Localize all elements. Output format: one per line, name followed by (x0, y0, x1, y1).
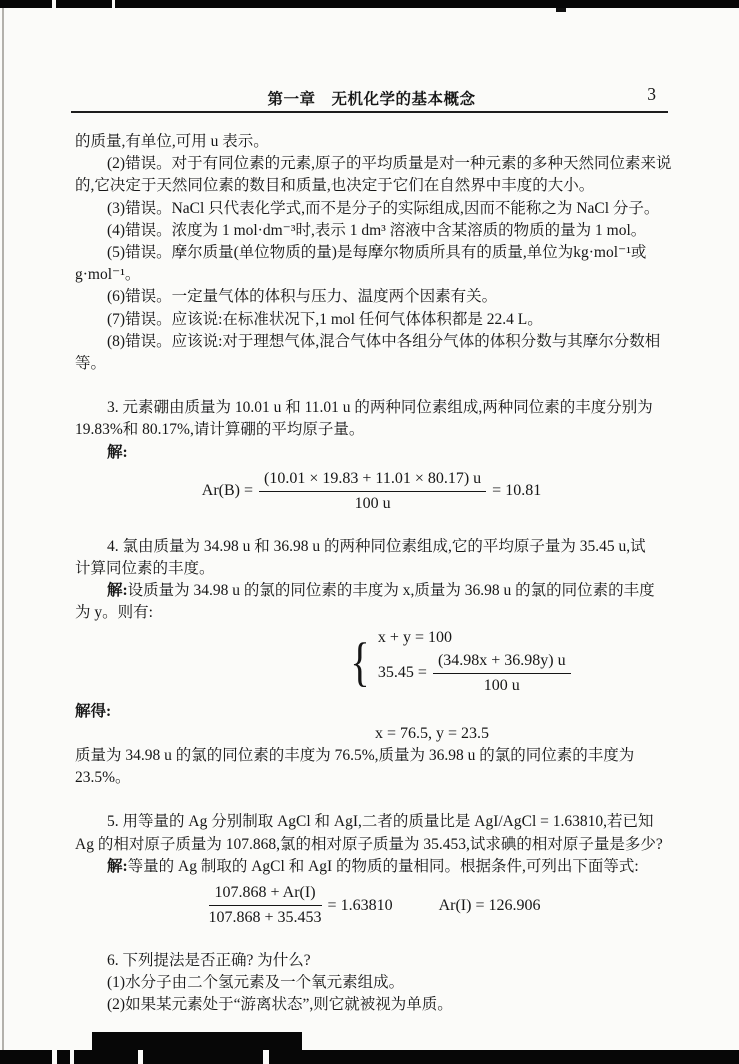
formula-result: = 10.81 (492, 481, 541, 501)
problem5-statement-cont: Ag 的相对原子质量为 107.868,氯的相对原子质量为 35.453,试求碘… (75, 834, 668, 856)
problem5-solve-text: 等量的 Ag 制取的 AgCl 和 AgI 的物质的量相同。根据条件,可列出下面… (128, 858, 639, 875)
scan-bottom-block (92, 1032, 302, 1051)
fraction-numerator: (34.98x + 36.98y) u (433, 651, 571, 674)
page-body: 的质量,有单位,可用 u 表示。 (2)错误。对于有同位素的元素,原子的平均质量… (75, 131, 668, 1017)
problem5-solve-label: 解: (107, 858, 128, 875)
answer-line-8: (8)错误。应该说:对于理想气体,混合气体中各组分气体的体积分数与其摩尔分数相 (75, 331, 668, 353)
problem6-item-1: (1)水分子由二个氢元素及一个氧元素组成。 (75, 972, 668, 994)
fraction: (10.01 × 19.83 + 11.01 × 80.17) u 100 u (259, 469, 486, 514)
chapter-title: 第一章 无机化学的基本概念 (75, 87, 668, 109)
problem5-statement: 5. 用等量的 Ag 分别制取 AgCl 和 AgI,二者的质量比是 AgI/A… (75, 811, 668, 833)
problem4-conclusion-cont: 23.5%。 (75, 767, 668, 789)
fraction: 107.868 + Ar(I) 107.868 + 35.453 (209, 883, 322, 928)
answer-line: g·mol⁻¹。 (75, 264, 668, 286)
formula-result: = 1.63810 (328, 896, 393, 916)
problem6-item-2: (2)如果某元素处于“游离状态”,则它就被视为单质。 (75, 994, 668, 1016)
formula-boron-average-mass: Ar(B) = (10.01 × 19.83 + 11.01 × 80.17) … (75, 469, 668, 514)
problem6-statement: 6. 下列提法是否正确? 为什么? (75, 950, 668, 972)
problem3-statement: 3. 元素硼由质量为 10.01 u 和 11.01 u 的两种同位素组成,两种… (75, 397, 668, 419)
fraction-numerator: (10.01 × 19.83 + 11.01 × 80.17) u (259, 469, 486, 492)
formula-conclusion: Ar(I) = 126.906 (439, 896, 541, 916)
scan-notch (52, 1050, 57, 1064)
scan-speck (556, 8, 566, 12)
fraction: (34.98x + 36.98y) u 100 u (433, 651, 571, 696)
scan-notch (70, 1050, 74, 1064)
answer-line: 的质量,有单位,可用 u 表示。 (75, 131, 668, 153)
scan-notch (112, 0, 115, 8)
problem4-solve-label: 解: (107, 582, 128, 599)
scan-top-edge-bar (0, 0, 739, 8)
system-solution: x = 76.5, y = 23.5 (375, 723, 668, 745)
equation2-lhs: 35.45 = (378, 663, 427, 683)
fraction-numerator: 107.868 + Ar(I) (209, 883, 322, 906)
problem4-statement-cont: 计算同位素的丰度。 (75, 558, 668, 580)
scan-notch (138, 1050, 143, 1064)
header-rule (71, 111, 668, 113)
answer-line-3: (3)错误。NaCl 只代表化学式,而不是分子的实际组成,因而不能称之为 NaC… (75, 198, 668, 220)
system-equation-1: x + y = 100 (378, 628, 577, 648)
scan-notch (52, 0, 56, 8)
problem4-solved-label: 解得: (75, 703, 111, 720)
fraction-denominator: 107.868 + 35.453 (209, 906, 322, 928)
answer-line: 的,它决定于天然同位素的数目和质量,也决定于它们在自然界中丰度的大小。 (75, 175, 668, 197)
left-brace-icon: { (350, 633, 369, 691)
problem4-conclusion: 质量为 34.98 u 的氯的同位素的丰度为 76.5%,质量为 36.98 u… (75, 745, 668, 767)
fraction-denominator: 100 u (259, 492, 486, 514)
problem4-statement: 4. 氯由质量为 34.98 u 和 36.98 u 的两种同位素组成,它的平均… (75, 536, 668, 558)
problem3-statement-cont: 19.83%和 80.17%,请计算硼的平均原子量。 (75, 419, 668, 441)
scan-notch (263, 1050, 269, 1064)
system-equation-2: 35.45 = (34.98x + 36.98y) u 100 u (378, 651, 577, 696)
page-left-edge-line (2, 8, 4, 1050)
page-number: 3 (647, 84, 656, 105)
fraction-denominator: 100 u (433, 674, 571, 696)
problem4-solve-text-cont: 为 y。则有: (75, 602, 668, 624)
answer-line-7: (7)错误。应该说:在标准状况下,1 mol 任何气体体积都是 22.4 L。 (75, 309, 668, 331)
scan-bottom-edge-bar (0, 1050, 739, 1064)
answer-line-5: (5)错误。摩尔质量(单位物质的量)是每摩尔物质所具有的质量,单位为kg·mol… (75, 242, 668, 264)
page-header: 第一章 无机化学的基本概念 3 (75, 87, 668, 109)
answer-line-2: (2)错误。对于有同位素的元素,原子的平均质量是对一种元素的多种天然同位素来说 (75, 153, 668, 175)
formula-iodine-atomic-mass: 107.868 + Ar(I) 107.868 + 35.453 = 1.638… (75, 883, 668, 928)
answer-line-6: (6)错误。一定量气体的体积与压力、温度两个因素有关。 (75, 286, 668, 308)
scanned-textbook-page: { "header": { "chapter_title": "第一章 无机化学… (0, 0, 739, 1064)
answer-line: 等。 (75, 353, 668, 375)
problem3-solve-label: 解: (107, 444, 128, 461)
answer-line-4: (4)错误。浓度为 1 mol·dm⁻³时,表示 1 dm³ 溶液中含某溶质的物… (75, 220, 668, 242)
problem4-solve-text: 设质量为 34.98 u 的氯的同位素的丰度为 x,质量为 36.98 u 的氯… (128, 582, 655, 599)
formula-lhs: Ar(B) = (202, 481, 253, 501)
equation-system: { x + y = 100 35.45 = (34.98x + 36.98y) … (347, 628, 668, 696)
